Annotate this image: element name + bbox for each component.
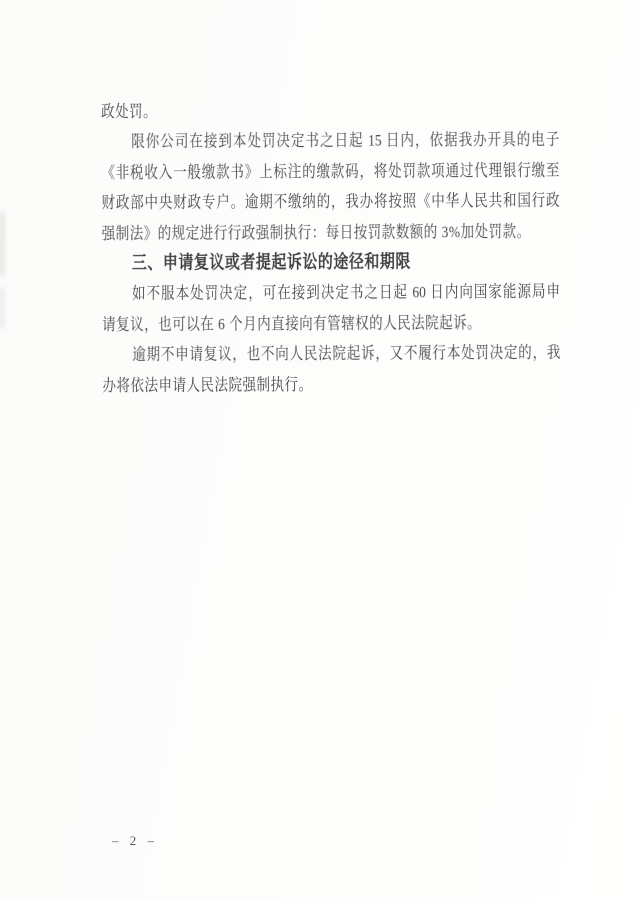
page-number: – 2 –	[112, 833, 158, 849]
document-page: 政处罚。 限你公司在接到本处罚决定书之日起 15 日内，依据我办开具的电子 《非…	[0, 0, 637, 900]
document-body: 政处罚。 限你公司在接到本处罚决定书之日起 15 日内，依据我办开具的电子 《非…	[101, 95, 561, 401]
scan-edge-artifact	[0, 212, 4, 276]
enforcement-paragraph-line-2: 办将依法申请人民法院强制执行。	[102, 365, 560, 404]
scan-edge-artifact	[0, 288, 4, 328]
